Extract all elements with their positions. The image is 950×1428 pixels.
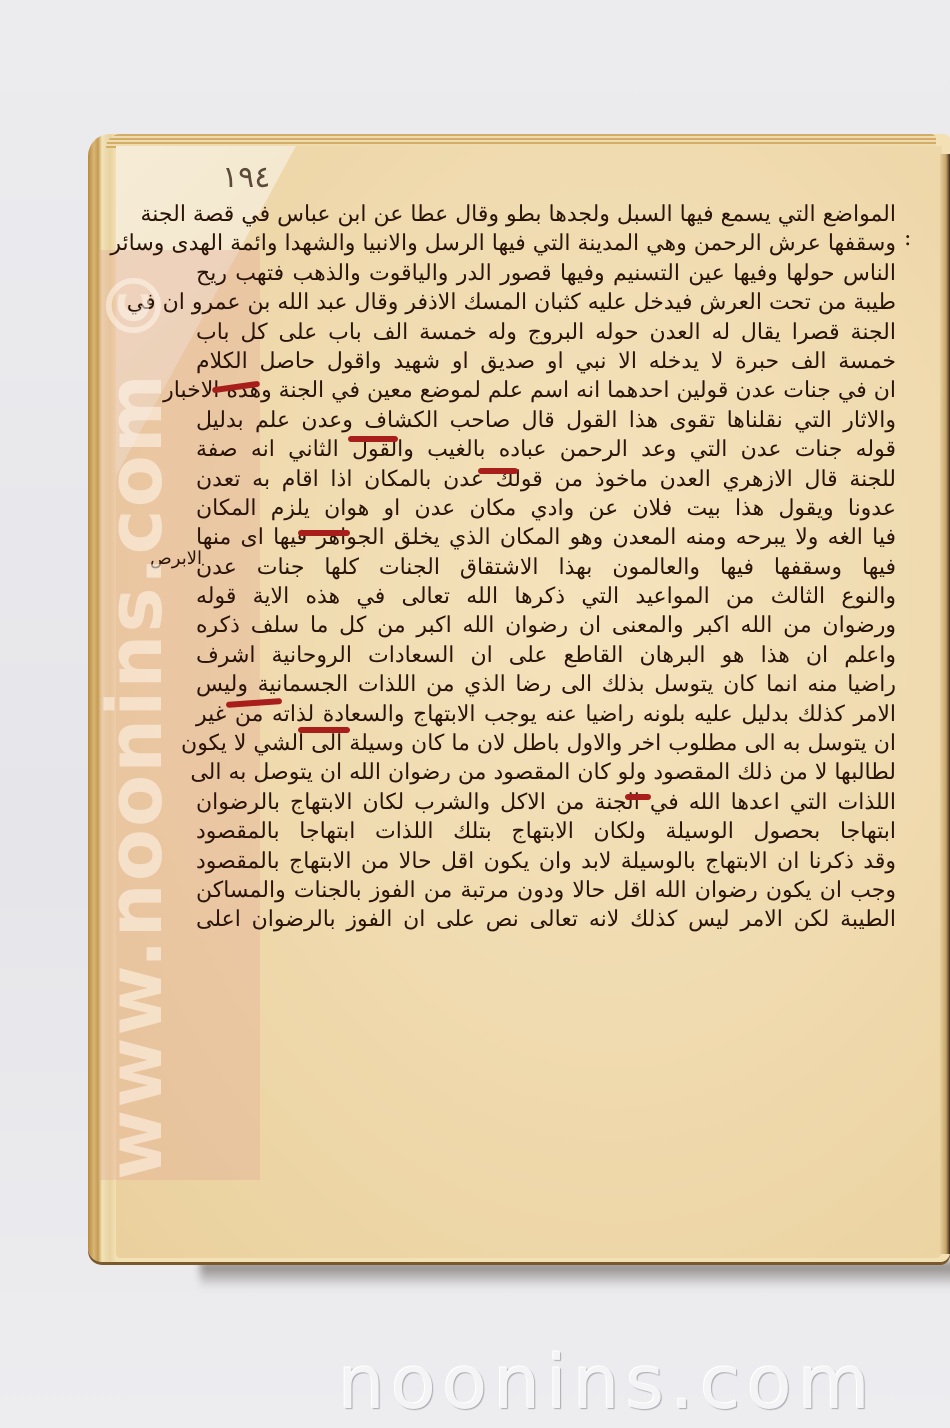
- text-line: اللذات التي اعدها الله في الجنة من الاكل…: [196, 788, 896, 817]
- manuscript-text-block: المواضع التي يسمع فيها السبل ولجدها بطو …: [196, 200, 896, 935]
- text-line: للجنة قال الازهري العدن ماخوذ من قولك عد…: [196, 465, 896, 494]
- text-line: الناس حولها وفيها عين التسنيم وفيها قصور…: [196, 259, 896, 288]
- margin-marks: :: [904, 226, 911, 251]
- text-line: الجنة قصرا يقال له العدن حوله البروج وله…: [196, 318, 896, 347]
- text-line: وقد ذكرنا ان الابتهاج بالوسيلة لابد وان …: [196, 847, 896, 876]
- text-line: خمسة الف حبرة لا يدخله الا نبي او صديق ا…: [196, 347, 896, 376]
- text-line: فيها وسقفها فيها والعالمون بهذا الاشتقاق…: [196, 553, 896, 582]
- rubric-mark: [625, 794, 651, 800]
- page-number: ١٩٤: [222, 160, 270, 195]
- text-line: الطيبة لكن الامر ليس كذلك لانه تعالى نص …: [196, 905, 896, 934]
- rubric-mark: [478, 468, 518, 474]
- text-line: طيبة من تحت العرش فيدخل عليه كثبان المسك…: [196, 288, 896, 317]
- text-line: الامر كذلك بدليل عليه بلونه راضيا عنه يو…: [196, 700, 896, 729]
- text-line: والاثار التي نقلناها تقوى هذا القول قال …: [196, 406, 896, 435]
- text-line: راضيا منه انما كان يتوسل بذلك الى رضا ال…: [196, 670, 896, 699]
- text-line: ورضوان من الله اكبر والمعنى ان رضوان الل…: [196, 611, 896, 640]
- text-line: لطالبها لا من ذلك المقصود ولو كان المقصو…: [196, 758, 896, 787]
- vertical-watermark: www.noonins.com ©: [90, 266, 179, 1180]
- text-line: عدونا ويقول هذا بيت فلان عن وادي مكان عد…: [196, 494, 896, 523]
- text-line: ان في جنات عدن قولين احدهما انه اسم علم …: [196, 376, 896, 405]
- page-right-edge: [940, 154, 950, 1254]
- text-line: ابتهاجا بحصول الوسيلة ولكان الابتهاج بتل…: [196, 817, 896, 846]
- text-line: المواضع التي يسمع فيها السبل ولجدها بطو …: [196, 200, 896, 229]
- text-line: وجب ان يكون رضوان الله اقل حالا ودون مرت…: [196, 876, 896, 905]
- rubric-mark: [298, 727, 350, 733]
- text-line: والنوع الثالث من المواعيد التي ذكرها الل…: [196, 582, 896, 611]
- text-line: ان يتوسل به الى مطلوب اخر والاول باطل لا…: [196, 729, 896, 758]
- text-line: فيا الغه ولا يبرحه ومنه المعدن وهو المكا…: [196, 523, 896, 552]
- text-line: وسقفها عرش الرحمن وهي المدينة التي فيها …: [196, 229, 896, 258]
- rubric-mark: [298, 530, 350, 536]
- text-line: واعلم ان هذا هو البرهان القاطع على ان ال…: [196, 641, 896, 670]
- text-line: قوله جنات عدن التي وعد الرحمن عباده بالغ…: [196, 435, 896, 464]
- rubric-mark: [348, 436, 398, 442]
- footer-watermark: noonins.com: [338, 1340, 876, 1426]
